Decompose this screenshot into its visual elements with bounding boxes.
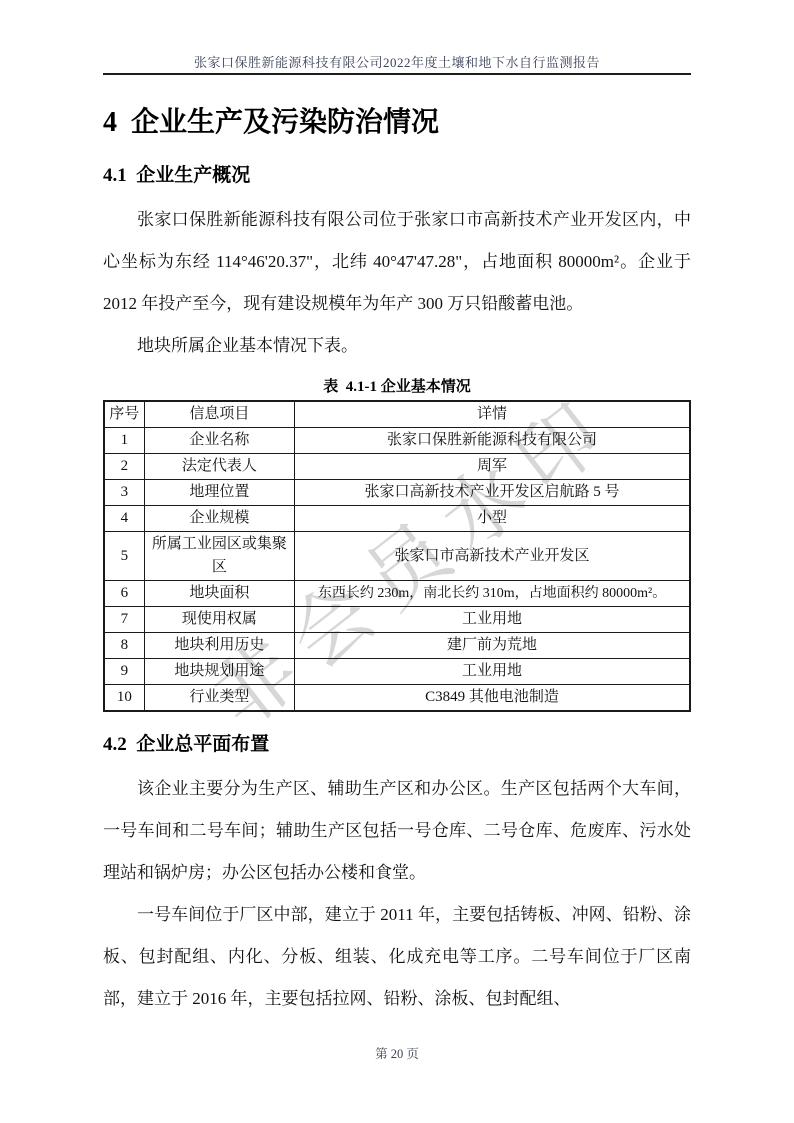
- col-header-detail: 详情: [295, 401, 690, 428]
- row-detail-cell: 建厂前为荒地: [295, 633, 690, 659]
- row-no-cell: 8: [104, 633, 144, 659]
- row-no-cell: 9: [104, 659, 144, 685]
- row-detail-cell: 张家口高新技术产业开发区启航路 5 号: [295, 480, 690, 506]
- row-detail-cell: 工业用地: [295, 659, 690, 685]
- table-row: 2 法定代表人 周军: [104, 454, 690, 480]
- table-row: 3 地理位置 张家口高新技术产业开发区启航路 5 号: [104, 480, 690, 506]
- row-no-cell: 2: [104, 454, 144, 480]
- row-detail-cell: 小型: [295, 506, 690, 532]
- table-row: 4 企业规模 小型: [104, 506, 690, 532]
- section-heading-4-2: 4.2 企业总平面布置: [103, 732, 691, 758]
- report-page: 非会员水印 张家口保胜新能源科技有限公司2022年度土壤和地下水自行监测报告 4…: [0, 0, 794, 1123]
- row-item-cell: 现使用权属: [144, 607, 295, 633]
- row-no-cell: 6: [104, 581, 144, 607]
- table-caption: 表 4.1-1 企业基本情况: [103, 375, 691, 396]
- table-row: 9 地块规划用途 工业用地: [104, 659, 690, 685]
- basic-info-table: 序号 信息项目 详情 1 企业名称 张家口保胜新能源科技有限公司 2 法定代表人…: [103, 400, 691, 712]
- table-header-row: 序号 信息项目 详情: [104, 401, 690, 428]
- row-item-cell: 地块面积: [144, 581, 295, 607]
- section-heading-4-1: 4.1 企业生产概况: [103, 163, 691, 189]
- row-no-cell: 1: [104, 428, 144, 454]
- paragraph: 一号车间位于厂区中部，建立于 2011 年，主要包括铸板、冲网、铅粉、涂板、包封…: [103, 894, 691, 1020]
- running-header: 张家口保胜新能源科技有限公司2022年度土壤和地下水自行监测报告: [103, 0, 691, 75]
- table-row: 1 企业名称 张家口保胜新能源科技有限公司: [104, 428, 690, 454]
- row-detail-cell: 工业用地: [295, 607, 690, 633]
- table-row: 8 地块利用历史 建厂前为荒地: [104, 633, 690, 659]
- col-header-no: 序号: [104, 401, 144, 428]
- row-no-cell: 7: [104, 607, 144, 633]
- page-number-footer: 第 20 页: [0, 1044, 794, 1062]
- paragraph: 张家口保胜新能源科技有限公司位于张家口市高新技术产业开发区内，中心坐标为东经 1…: [103, 199, 691, 325]
- row-no-cell: 3: [104, 480, 144, 506]
- row-no-cell: 5: [104, 532, 144, 581]
- paragraph: 地块所属企业基本情况下表。: [103, 325, 691, 367]
- row-item-cell: 企业名称: [144, 428, 295, 454]
- row-item-cell: 法定代表人: [144, 454, 295, 480]
- table-row: 6 地块面积 东西长约 230m，南北长约 310m，占地面积约 80000m²…: [104, 581, 690, 607]
- table-row: 5 所属工业园区或集聚区 张家口市高新技术产业开发区: [104, 532, 690, 581]
- col-header-item: 信息项目: [144, 401, 295, 428]
- row-no-cell: 4: [104, 506, 144, 532]
- table-row: 7 现使用权属 工业用地: [104, 607, 690, 633]
- row-item-cell: 地块规划用途: [144, 659, 295, 685]
- row-detail-cell: 周军: [295, 454, 690, 480]
- row-item-cell: 所属工业园区或集聚区: [144, 532, 295, 581]
- chapter-title: 4 企业生产及污染防治情况: [103, 105, 691, 141]
- row-detail-cell: 张家口市高新技术产业开发区: [295, 532, 690, 581]
- row-detail-cell: 张家口保胜新能源科技有限公司: [295, 428, 690, 454]
- row-item-cell: 地理位置: [144, 480, 295, 506]
- paragraph: 该企业主要分为生产区、辅助生产区和办公区。生产区包括两个大车间，一号车间和二号车…: [103, 768, 691, 894]
- table-row: 10 行业类型 C3849 其他电池制造: [104, 685, 690, 712]
- row-item-cell: 地块利用历史: [144, 633, 295, 659]
- row-detail-cell: 东西长约 230m，南北长约 310m，占地面积约 80000m²。: [295, 581, 690, 607]
- row-no-cell: 10: [104, 685, 144, 712]
- row-item-cell: 行业类型: [144, 685, 295, 712]
- page-content: 张家口保胜新能源科技有限公司2022年度土壤和地下水自行监测报告 4 企业生产及…: [0, 0, 794, 1020]
- row-item-cell: 企业规模: [144, 506, 295, 532]
- row-detail-cell: C3849 其他电池制造: [295, 685, 690, 712]
